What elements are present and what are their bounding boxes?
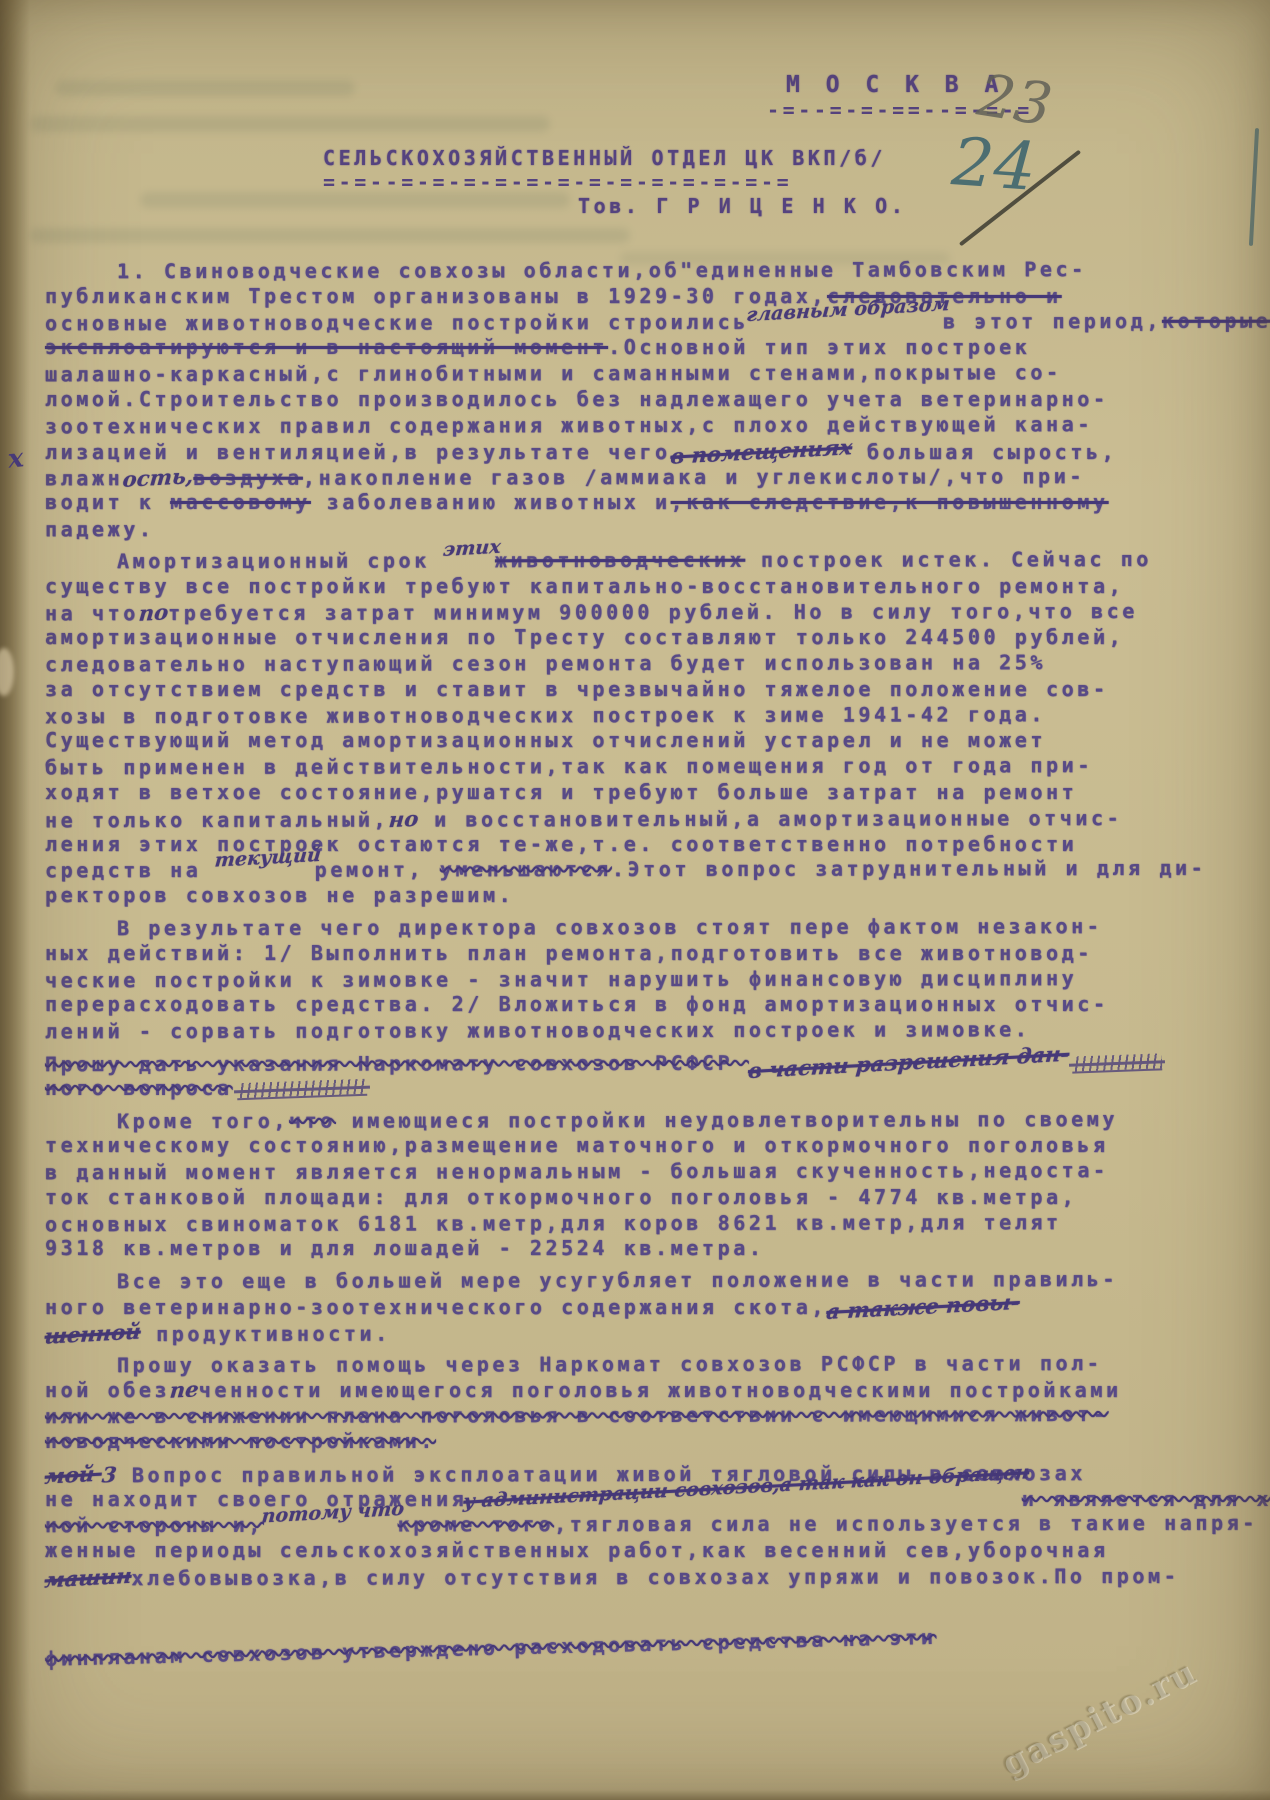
typed-line: шалашно-каркасный,с глинобитными и саман… bbox=[45, 360, 1250, 388]
typed-text: новодческими постройками. bbox=[45, 1429, 436, 1453]
typed-line: финпланам совхозов утверждено расходоват… bbox=[45, 1617, 1250, 1673]
typed-text: ления этих построек остаются те-же,т.е. … bbox=[45, 832, 1077, 856]
typed-text: уменьшаются bbox=[440, 857, 612, 881]
header-city: М О С К В А bbox=[786, 72, 1004, 98]
paragraph: финпланам совхозов утверждено расходоват… bbox=[45, 1618, 1250, 1671]
typed-text: лений - сорвать подготовку животноводчес… bbox=[45, 1017, 1030, 1043]
typed-text: Амортизационный срок bbox=[117, 548, 446, 573]
typed-text: ректоров совхозов не разрешим. bbox=[45, 883, 514, 907]
watermark: gaspito.ru bbox=[995, 1652, 1204, 1785]
typed-text: 9318 кв.метров и для лошадей - 22524 кв.… bbox=[45, 1236, 765, 1260]
typed-line: не только капитальный,но и восстановител… bbox=[45, 804, 1250, 832]
typed-text: быть применен в действительности,так как… bbox=[45, 753, 1093, 779]
typed-text: основные животноводческие постройки стро… bbox=[45, 309, 749, 334]
bleedthrough-smudge bbox=[30, 228, 630, 243]
handwritten-text: ость, bbox=[122, 464, 195, 494]
typed-text: и восстановительный,а амортизационные от… bbox=[418, 806, 1122, 831]
typed-text: финпланам совхозов утверждено расходоват… bbox=[45, 1625, 937, 1671]
typed-text: и является для хозяйства убыточным с од- bbox=[1022, 1487, 1270, 1511]
typed-text: основных свиноматок 6181 кв.метр,для кор… bbox=[45, 1210, 1062, 1236]
typed-text: .Этот вопрос затруднительный и для ди- bbox=[612, 856, 1206, 881]
typed-text: животноводческих bbox=[495, 548, 745, 573]
typed-text: массовому bbox=[170, 490, 311, 514]
pen-mark bbox=[1249, 128, 1259, 246]
typed-text: за отсутствием средств и ставит в чрезвы… bbox=[45, 677, 1109, 701]
typed-line: хозы в подготовке животноводческих постр… bbox=[45, 701, 1250, 729]
typed-text: Прошу оказать помощь через Наркомат совх… bbox=[117, 1351, 1102, 1377]
typed-text: ченности имеющегося поголовья животновод… bbox=[199, 1378, 1122, 1402]
typed-text: продуктивности. bbox=[140, 1321, 390, 1346]
typed-text: ток станковой площади: для откормочного … bbox=[45, 1185, 1077, 1209]
paragraph: Прошу дать указания Наркомату совхозов Р… bbox=[45, 1050, 1250, 1102]
typed-text: шалашно-каркасный,с глинобитными и саман… bbox=[45, 360, 1062, 386]
typed-line: ной стороны и,потому чтокроме того,тягло… bbox=[45, 1511, 1250, 1539]
handwritten-text: 3 bbox=[100, 1462, 117, 1489]
typed-line: ного вопроса bbox=[45, 1076, 1250, 1102]
typed-text: хозы в подготовке животноводческих постр… bbox=[45, 702, 1046, 728]
typed-line: Все это еще в большей мере усугубляет по… bbox=[45, 1267, 1250, 1295]
typed-line: ток станковой площади: для откормочного … bbox=[45, 1185, 1250, 1211]
typed-text: лизацией и вентиляцией,в результате чего bbox=[45, 440, 671, 464]
document-scan: М О С К В А -=--=-=-==--=-=-= СЕЛЬСКОХОЗ… bbox=[0, 0, 1270, 1800]
typed-text: следовательно наступающий сезон ремонта … bbox=[45, 650, 1046, 676]
typed-text bbox=[116, 1463, 132, 1487]
handwritten-text: но bbox=[388, 805, 420, 832]
typed-line: не находит своего отраженияу администрац… bbox=[45, 1487, 1250, 1513]
typed-text: влажн bbox=[45, 466, 123, 490]
handwritten-text: по bbox=[138, 600, 170, 627]
typed-text: заболеванию животных и bbox=[311, 490, 671, 514]
typed-text: Прошу дать указания Наркомату совхозов Р… bbox=[45, 1051, 749, 1076]
typed-text: падежу. bbox=[45, 517, 155, 541]
header-addressee: Тов. Г Р И Ц Е Н К О. bbox=[578, 194, 906, 218]
paragraph: Прошу оказать помощь через Наркомат совх… bbox=[45, 1352, 1250, 1455]
margin-mark: х bbox=[6, 443, 25, 474]
page-bottom-shadow bbox=[0, 1790, 1270, 1800]
handwritten-text: машин bbox=[44, 1563, 133, 1593]
bleedthrough-smudge bbox=[140, 192, 570, 208]
typed-text: техническому состоянию,размещение маточн… bbox=[45, 1133, 1109, 1157]
handwritten-text: пе bbox=[169, 1377, 200, 1404]
typed-text: построек истек. Сейчас по bbox=[745, 547, 1152, 572]
paragraph: Кроме того,что имеющиеся постройки неудо… bbox=[45, 1108, 1250, 1263]
typed-text: требуется затрат минимум 900000 рублей. … bbox=[168, 599, 1138, 625]
typed-line: 9318 кв.метров и для лошадей - 22524 кв.… bbox=[45, 1236, 1250, 1262]
typed-text: средств на bbox=[45, 858, 217, 882]
typed-text: ческие постройки к зимовке - значит нару… bbox=[45, 966, 1077, 992]
typed-text: ного ветеринарно-зоотехнического содержа… bbox=[45, 1295, 827, 1319]
typed-line: или же в снижении плана поголовья в соот… bbox=[45, 1402, 1250, 1430]
typed-line: зоотехнических правил содержания животны… bbox=[45, 412, 1250, 440]
paragraph: Амортизационный срок этихживотноводчески… bbox=[45, 548, 1250, 909]
typed-text: В результате чего директора совхозов сто… bbox=[117, 914, 1102, 940]
typed-text: эксплоатируются и в настоящий момент bbox=[45, 335, 608, 359]
typed-text: .Основной тип этих построек bbox=[608, 335, 1030, 359]
typed-line: Прошу оказать помощь через Наркомат совх… bbox=[45, 1350, 1250, 1378]
header-department: СЕЛЬСКОХОЗЯЙСТВЕННЫЙ ОТДЕЛ ЦК ВКП/б/ bbox=[323, 146, 886, 170]
typed-text: в данный момент является ненормальным - … bbox=[45, 1158, 1109, 1184]
document-body: 1. Свиноводческие совхозы области,об"еди… bbox=[45, 258, 1250, 1664]
typed-text: ремонт, bbox=[315, 858, 440, 882]
typed-line: следовательно наступающий сезон ремонта … bbox=[45, 650, 1250, 678]
typed-line: женные периоды сельскохозяйственных рабо… bbox=[45, 1538, 1250, 1564]
handwritten-text: текущий bbox=[214, 843, 322, 875]
handwritten-text: мой bbox=[44, 1461, 103, 1490]
typed-text: ходят в ветхое состояние,рушатся и требу… bbox=[45, 780, 1077, 804]
typed-line: В результате чего директора совхозов сто… bbox=[45, 914, 1250, 942]
typed-line: на чтопотребуется затрат минимум 900000 … bbox=[45, 598, 1250, 626]
typed-text: ,тягловая сила не используется в такие н… bbox=[554, 1511, 1258, 1536]
typed-text: воздуха bbox=[193, 466, 303, 490]
paragraph: В результате чего директора совхозов сто… bbox=[45, 915, 1250, 1044]
paragraph: мой 3 Вопрос правильной эксплоатации жив… bbox=[45, 1461, 1250, 1590]
typed-line: ного ветеринарно-зоотехнического содержа… bbox=[45, 1294, 1250, 1320]
typed-text: ного вопроса bbox=[45, 1076, 233, 1100]
typed-line: ломой.Строительство производилось без на… bbox=[45, 387, 1250, 413]
typed-line: Амортизационный срок этихживотноводчески… bbox=[45, 547, 1250, 575]
typed-text: ных действий: 1/ Выполнить план ремонта,… bbox=[45, 941, 1093, 965]
typed-text: на что bbox=[45, 601, 139, 625]
typed-line: амортизационные отчисления по Тресту сос… bbox=[45, 625, 1250, 651]
typed-line: 1. Свиноводческие совхозы области,об"еди… bbox=[45, 257, 1250, 285]
typed-line: эксплоатируются и в настоящий момент.Осн… bbox=[45, 335, 1250, 361]
typed-text: амортизационные отчисления по Тресту сос… bbox=[45, 625, 1124, 649]
typed-text: ломой.Строительство производилось без на… bbox=[45, 387, 1109, 411]
typed-text: Кроме того, bbox=[117, 1108, 289, 1132]
typed-text: что bbox=[289, 1108, 336, 1132]
bleedthrough-smudge bbox=[30, 116, 550, 132]
typed-line: техническому состоянию,размещение маточн… bbox=[45, 1133, 1250, 1159]
typed-text: Существующий метод амортизационных отчис… bbox=[45, 728, 1046, 752]
typed-text: Все это еще в большей мере усугубляет по… bbox=[117, 1267, 1118, 1293]
typed-line: ческие постройки к зимовке - значит нару… bbox=[45, 965, 1250, 993]
typed-text: в этот период, bbox=[943, 309, 1162, 333]
typed-line: ректоров совхозов не разрешим. bbox=[45, 883, 1250, 909]
typed-line: влажность,воздуха,накопление газов /амми… bbox=[45, 463, 1250, 491]
typed-line: новодческими постройками. bbox=[45, 1429, 1250, 1455]
typed-line: машинхлебовывозка,в силу отсутствия в со… bbox=[45, 1563, 1250, 1591]
page-edge-shadow bbox=[0, 0, 30, 1800]
typed-text: или же в снижении плана поголовья в соот… bbox=[45, 1402, 1109, 1428]
typed-line: падежу. bbox=[45, 515, 1250, 543]
typed-text: ,как следствие,к повышенному bbox=[671, 490, 1109, 514]
paragraph: 1. Свиноводческие совхозы области,об"еди… bbox=[45, 258, 1250, 542]
typed-line: за отсутствием средств и ставит в чрезвы… bbox=[45, 677, 1250, 703]
typed-text: кроме того bbox=[398, 1513, 554, 1537]
handwritten-text: шенной bbox=[44, 1318, 142, 1349]
typed-line: в данный момент является ненормальным - … bbox=[45, 1158, 1250, 1186]
typed-text: публиканским Трестом организованы в 1929… bbox=[45, 284, 827, 308]
typed-line: средств на текущийремонт, уменьшаются.Эт… bbox=[45, 856, 1250, 884]
typed-text: ной стороны и, bbox=[45, 1513, 264, 1537]
typed-line: Кроме того,что имеющиеся постройки неудо… bbox=[45, 1106, 1250, 1134]
typed-line: водит к массовому заболеванию животных и… bbox=[45, 490, 1250, 516]
typed-text: перерасходовать средства. 2/ Вложиться в… bbox=[45, 992, 1109, 1016]
typed-text: не только капитальный, bbox=[45, 807, 389, 832]
typed-line: ной обезпеченности имеющегося поголовья … bbox=[45, 1377, 1250, 1403]
typed-text: 1. Свиноводческие совхозы области,об"еди… bbox=[117, 257, 1087, 283]
typed-line: лизацией и вентиляцией,в результате чего… bbox=[45, 439, 1250, 465]
typed-line: основные животноводческие постройки стро… bbox=[45, 308, 1250, 336]
typed-line: Прошу дать указания Наркомату совхозов Р… bbox=[45, 1049, 1250, 1077]
typed-text: женные периоды сельскохозяйственных рабо… bbox=[45, 1538, 1109, 1562]
typed-line: основных свиноматок 6181 кв.метр,для кор… bbox=[45, 1209, 1250, 1237]
typed-line: существу все постройки требуют капитальн… bbox=[45, 574, 1250, 600]
typed-text: водит к bbox=[45, 490, 170, 514]
typed-line: перерасходовать средства. 2/ Вложиться в… bbox=[45, 992, 1250, 1018]
typed-line: быть применен в действительности,так как… bbox=[45, 753, 1250, 781]
bleedthrough-smudge bbox=[55, 80, 355, 96]
typed-line: Существующий метод амортизационных отчис… bbox=[45, 728, 1250, 754]
typed-line: ходят в ветхое состояние,рушатся и требу… bbox=[45, 780, 1250, 806]
header-department-underline: =-=--=-=-=-=-=-=-=-=-=-=-=-=-= bbox=[323, 170, 792, 194]
typed-text: зоотехнических правил содержания животны… bbox=[45, 412, 1093, 438]
handwritten-scribble bbox=[1072, 1053, 1163, 1073]
typed-text: существу все постройки требуют капитальн… bbox=[45, 574, 1124, 598]
typed-line: шенной продуктивности. bbox=[45, 1319, 1250, 1347]
typed-text: большая сырость, bbox=[851, 440, 1117, 464]
typed-text: ,накопление газов /аммиака и углекислоты… bbox=[303, 464, 1085, 490]
typed-text: которые bbox=[1162, 308, 1270, 332]
typed-line: публиканским Трестом организованы в 1929… bbox=[45, 284, 1250, 310]
typed-text: хлебовывозка,в силу отсутствия в совхоза… bbox=[131, 1564, 1179, 1590]
typed-text: имеющиеся постройки неудовлетворительны … bbox=[336, 1107, 1118, 1133]
handwritten-scribble bbox=[236, 1078, 367, 1100]
typed-line: ных действий: 1/ Выполнить план ремонта,… bbox=[45, 941, 1250, 967]
paragraph: Все это еще в большей мере усугубляет по… bbox=[45, 1268, 1250, 1345]
typed-text: ной обез bbox=[45, 1378, 170, 1402]
handwritten-text: этих bbox=[442, 535, 502, 564]
